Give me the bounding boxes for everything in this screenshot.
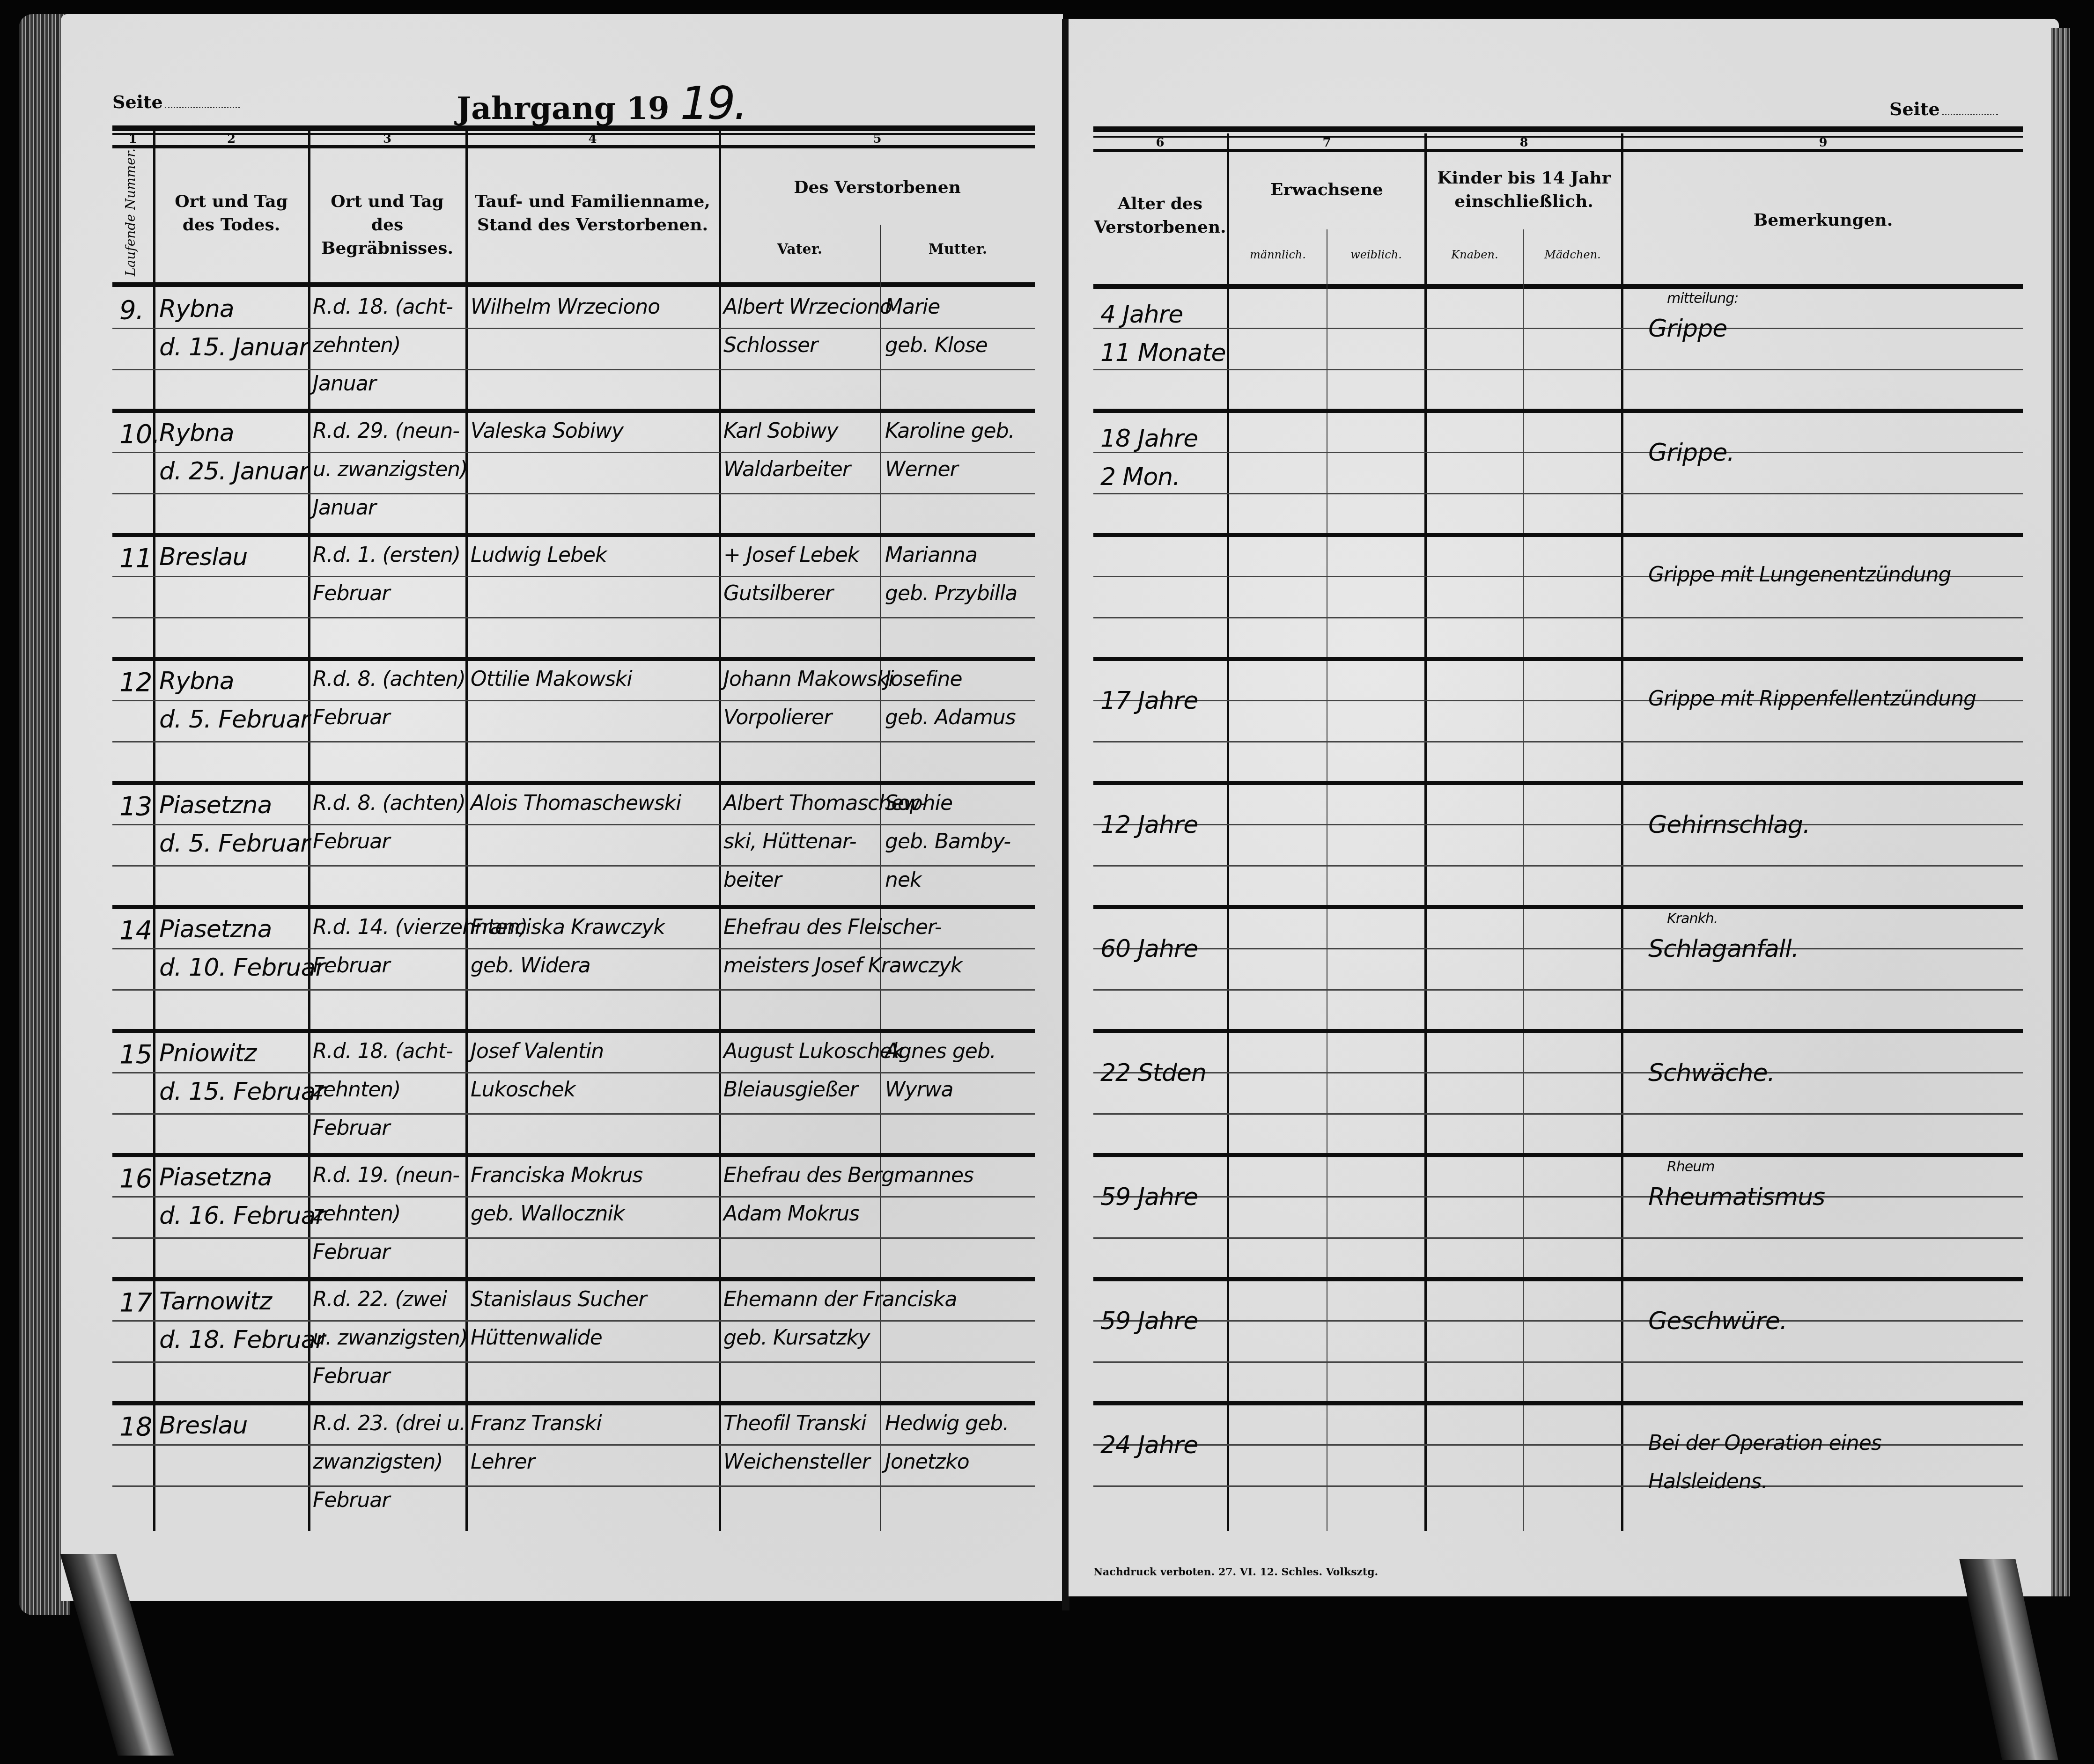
burial-place-date: Januar [313,372,376,396]
ruled-line [112,1072,1035,1073]
entry-number: 10. [119,419,160,449]
death-place-date: d. 15. Januar [159,333,309,361]
burial-place-date: Februar [313,830,390,853]
row-divider [1093,781,2023,785]
col-divider-k-m [1523,229,1524,1531]
mother: Karoline geb. [885,419,1015,443]
deceased-name: Lehrer [471,1450,535,1474]
father: Bleiausgießer [723,1078,858,1102]
age: 59 Jahre [1100,1183,1198,1211]
father: beiter [723,868,782,892]
row-divider [112,1029,1035,1033]
age: 17 Jahre [1100,687,1198,715]
death-place-date: d. 18. Februar [159,1326,325,1354]
deceased-name: Hüttenwalide [471,1326,602,1350]
death-place-date: Piasetzna [159,915,272,943]
row-divider [1093,905,2023,909]
col-heading-ort-tag-todes: Ort und Tag des Todes. [155,190,308,236]
death-place-date: Breslau [159,543,247,571]
father: ski, Hüttenar- [723,830,856,853]
mother: Agnes geb. [885,1039,996,1063]
entry-number: 9. [119,295,143,325]
ruled-line [1093,493,2023,494]
ruled-line [1093,1072,2023,1073]
entry-number: 16 [119,1163,152,1194]
colnum-4: 4 [466,132,719,146]
ruled-line [1093,1237,2023,1239]
ruled-line [112,1361,1035,1363]
entry-number: 14 [119,915,152,946]
death-place-date: d. 15. Februar [159,1078,325,1106]
deceased-name: Franciska Mokrus [471,1163,642,1187]
page-number-blank [1942,111,1998,115]
mother: Jonetzko [885,1450,969,1474]
death-place-date: Pniowitz [159,1039,256,1067]
left-page-label: Seite [112,91,240,112]
row-divider [112,1277,1035,1281]
father: Schlosser [723,333,818,357]
burial-place-date: R.d. 19. (neun- [313,1163,459,1187]
entry-number: 17 [119,1287,152,1318]
deceased-name: Franciska Krawczyk [471,915,665,939]
ruled-line [1093,452,2023,453]
col-heading-maennlich: männlich. [1229,248,1327,261]
burial-place-date: R.d. 29. (neun- [313,419,459,443]
row-divider [112,657,1035,661]
ruled-line [112,1237,1035,1239]
ruled-line [1093,1196,2023,1198]
age: 12 Jahre [1100,811,1198,839]
burial-place-date: Januar [313,496,376,520]
col-heading-des-verstorbenen: Des Verstorbenen [720,176,1035,199]
parents-note: Ehemann der Franciska [723,1287,957,1311]
father: Waldarbeiter [723,457,850,481]
ruled-line [1093,865,2023,867]
entry-number: 13 [119,791,152,822]
printer-footer: Nachdruck verboten. 27. VI. 12. Schles. … [1093,1566,1378,1578]
mother: Marie [885,295,940,319]
age: 2 Mon. [1100,463,1180,491]
remarks: Grippe. [1648,439,1734,467]
col-heading-mutter: Mutter. [881,241,1035,257]
col-heading-laufende-nummer: Laufende Nummer. [123,148,138,276]
deceased-name: Alois Thomaschewski [471,791,681,815]
deceased-name: Josef Valentin [471,1039,604,1063]
remarks-superscript: Rheum [1667,1159,1715,1175]
heading-line: des Begräbnisses. [309,213,465,260]
ruled-line [112,576,1035,577]
deceased-name: Lukoschek [471,1078,575,1102]
parents-note: Adam Mokrus [723,1202,859,1226]
col-heading-maedchen: Mädchen. [1524,248,1621,261]
colnum-2: 2 [155,132,308,146]
remarks: Geschwüre. [1648,1307,1787,1335]
row-divider [112,409,1035,413]
mother: geb. Bamby- [885,830,1010,853]
burial-place-date: zwanzigsten) [313,1450,442,1474]
heading-line: des Todes. [155,213,308,236]
col-heading-vater: Vater. [720,241,880,257]
row-divider [1093,1401,2023,1405]
deceased-name: Valeska Sobiwy [471,419,623,443]
burial-place-date: R.d. 22. (zwei [313,1287,447,1311]
age: 18 Jahre [1100,425,1198,453]
mother: Hedwig geb. [885,1411,1009,1435]
col-heading-erwachsene: Erwachsene [1229,178,1424,201]
burial-place-date: Februar [313,1488,390,1512]
ruled-line [112,824,1035,825]
ruled-line [1093,989,2023,991]
remarks: Grippe mit Lungenentzündung [1648,563,1951,587]
ruled-line [1093,741,2023,742]
entry-number: 18 [119,1411,152,1442]
mother: geb. Przybilla [885,581,1017,605]
book-page-edges-right [2051,28,2070,1596]
header-rule-bottom [112,282,1035,287]
burial-place-date: R.d. 18. (acht- [313,1039,453,1063]
burial-place-date: Februar [313,1116,390,1140]
ruled-line [1093,1113,2023,1115]
mother: geb. Klose [885,333,988,357]
col-heading-alter: Alter des Verstorbenen. [1093,192,1227,239]
death-place-date: Tarnowitz [159,1287,272,1316]
ruled-line [112,989,1035,991]
burial-place-date: Februar [313,1240,390,1264]
colnum-5: 5 [720,132,1035,146]
burial-place-date: R.d. 23. (drei u. [313,1411,465,1435]
page-number-blank [165,104,240,108]
ruled-line [112,617,1035,618]
remarks-superscript: mitteilung: [1667,290,1738,307]
colnum-6: 6 [1093,136,1227,150]
ruled-line [1093,1320,2023,1322]
remarks: Schlaganfall. [1648,935,1799,963]
mother: nek [885,868,921,892]
death-place-date: Piasetzna [159,791,272,819]
ruled-line [112,865,1035,867]
remarks: Grippe mit Rippenfellentzündung [1648,687,1976,711]
mother: geb. Adamus [885,706,1016,729]
ruled-line [112,1113,1035,1115]
burial-place-date: Februar [313,954,390,978]
row-divider [1093,1277,2023,1281]
father: Theofil Transki [723,1411,866,1435]
col-divider-m-w [1327,229,1327,1531]
mother: Sophie [885,791,952,815]
heading-line: Tauf- und Familienname, [466,190,719,213]
burial-place-date: zehnten) [313,1078,400,1102]
header-rule-bottom [1093,284,2023,289]
death-place-date: d. 16. Februar [159,1202,325,1230]
col-heading-weiblich: weiblich. [1328,248,1424,261]
father: Johann Makowski [723,667,893,691]
seite-label: Seite [112,91,163,112]
deceased-name: Ottilie Makowski [471,667,632,691]
ruled-line [1093,1485,2023,1487]
row-divider [1093,657,2023,661]
ruled-line [1093,1361,2023,1363]
heading-line: Ort und Tag [155,190,308,213]
ruled-line [112,1196,1035,1198]
age: 22 Stden [1100,1059,1206,1087]
row-divider [1093,1029,2023,1033]
row-divider [112,905,1035,909]
burial-place-date: zehnten) [313,333,400,357]
deceased-name: geb. Widera [471,954,590,978]
death-place-date: Breslau [159,1411,247,1440]
parents-note: Ehefrau des Bergmannes [723,1163,973,1187]
title-printed: Jahrgang 19 [457,90,670,126]
father: Weichensteller [723,1450,870,1474]
death-place-date: Rybna [159,667,234,695]
age: 59 Jahre [1100,1307,1198,1335]
ruled-line [1093,1444,2023,1446]
colnum-8: 8 [1427,136,1621,150]
row-divider [112,781,1035,785]
ruled-line [1093,328,2023,329]
ruled-line [112,328,1035,329]
parents-note: Ehefrau des Fleischer- [723,915,942,939]
ruled-line [1093,369,2023,370]
age: 60 Jahre [1100,935,1198,963]
row-divider [1093,1153,2023,1157]
ruled-line [112,741,1035,742]
row-divider [112,1401,1035,1405]
heading-line: Stand des Verstorbenen. [466,213,719,236]
header-rule-top [1093,126,2023,132]
age: 11 Monate [1100,339,1226,367]
ruled-line [112,1320,1035,1322]
ruled-line [1093,824,2023,825]
row-divider [112,533,1035,537]
deceased-name: Wilhelm Wrzeciono [471,295,660,319]
heading-line: Ort und Tag [309,190,465,213]
ruled-line [1093,617,2023,618]
ruled-line [112,948,1035,949]
header-rule-top [112,125,1035,131]
death-place-date: Rybna [159,295,234,323]
page-title: Jahrgang 19 19. [457,77,746,130]
remarks: Bei der Operation eines [1648,1431,1881,1455]
right-page-label: Seite [1889,98,1998,119]
deceased-name: geb. Wallocznik [471,1202,624,1226]
father: August Lukoschek [723,1039,903,1063]
entry-number: 15 [119,1039,152,1070]
ruled-line [112,493,1035,494]
ruled-line [112,1444,1035,1446]
col-divider-vater-mutter [880,225,881,1531]
mother: Marianna [885,543,977,567]
remarks: Rheumatismus [1648,1183,1825,1211]
father: + Josef Lebek [723,543,859,567]
death-place-date: d. 10. Februar [159,954,325,982]
burial-place-date: R.d. 8. (achten) [313,667,465,691]
burial-place-date: R.d. 1. (ersten) [313,543,460,567]
death-place-date: Rybna [159,419,234,447]
remarks: Schwäche. [1648,1059,1775,1087]
col-heading-bemerkungen: Bemerkungen. [1623,208,2023,232]
entry-number: 11 [119,543,152,573]
heading-line: Verstorbenen. [1093,215,1227,239]
father: Albert Wrzeciono [723,295,892,319]
deceased-name: Ludwig Lebek [471,543,607,567]
father: Karl Sobiwy [723,419,838,443]
mother: Josefine [885,667,962,691]
colnum-3: 3 [309,132,465,146]
ruled-line [112,369,1035,370]
burial-place-date: Februar [313,706,390,729]
row-divider [112,1153,1035,1157]
burial-place-date: u. zwanzigsten) [313,457,467,481]
deceased-name: Stanislaus Sucher [471,1287,646,1311]
death-place-date: d. 5. Februar [159,830,310,858]
heading-line: einschließlich. [1427,190,1621,213]
burial-place-date: u. zwanzigsten) [313,1326,467,1350]
col-heading-knaben: Knaben. [1427,248,1523,261]
row-divider [1093,409,2023,413]
remarks: Halsleidens. [1648,1470,1768,1493]
ruled-line [112,700,1035,701]
death-place-date: d. 25. Januar [159,457,309,485]
remarks-superscript: Krankh. [1667,911,1718,927]
age: 4 Jahre [1100,301,1183,329]
burial-place-date: Februar [313,581,390,605]
remarks: Gehirnschlag. [1648,811,1810,839]
death-place-date: Piasetzna [159,1163,272,1191]
burial-place-date: R.d. 18. (acht- [313,295,453,319]
death-place-date: d. 5. Februar [159,706,310,734]
age: 24 Jahre [1100,1431,1198,1459]
colnum-7: 7 [1229,136,1424,150]
ruled-line [1093,948,2023,949]
colnum-9: 9 [1623,136,2023,150]
col-heading-ort-tag-begraebnisses: Ort und Tag des Begräbnisses. [309,190,465,260]
row-divider [1093,533,2023,537]
burial-place-date: Februar [313,1364,390,1388]
deceased-name: Franz Transki [471,1411,601,1435]
title-handwritten-year: 19. [680,77,746,130]
mother: Werner [885,457,958,481]
father: Vorpolierer [723,706,832,729]
ruled-line [112,452,1035,453]
remarks: Grippe [1648,315,1727,343]
burial-place-date: zehnten) [313,1202,400,1226]
father: Gutsilberer [723,581,833,605]
parents-note: geb. Kursatzky [723,1326,870,1350]
ruled-line [112,1485,1035,1487]
parents-note: meisters Josef Krawczyk [723,954,962,978]
entry-number: 12 [119,667,152,698]
mother: Wyrwa [885,1078,953,1102]
colnum-1: 1 [112,132,153,146]
heading-line: Kinder bis 14 Jahr [1427,166,1621,190]
col-heading-kinder: Kinder bis 14 Jahr einschließlich. [1427,166,1621,213]
heading-line: Alter des [1093,192,1227,215]
seite-label: Seite [1889,98,1940,119]
col-heading-name-stand: Tauf- und Familienname, Stand des Versto… [466,190,719,236]
burial-place-date: R.d. 8. (achten) [313,791,465,815]
